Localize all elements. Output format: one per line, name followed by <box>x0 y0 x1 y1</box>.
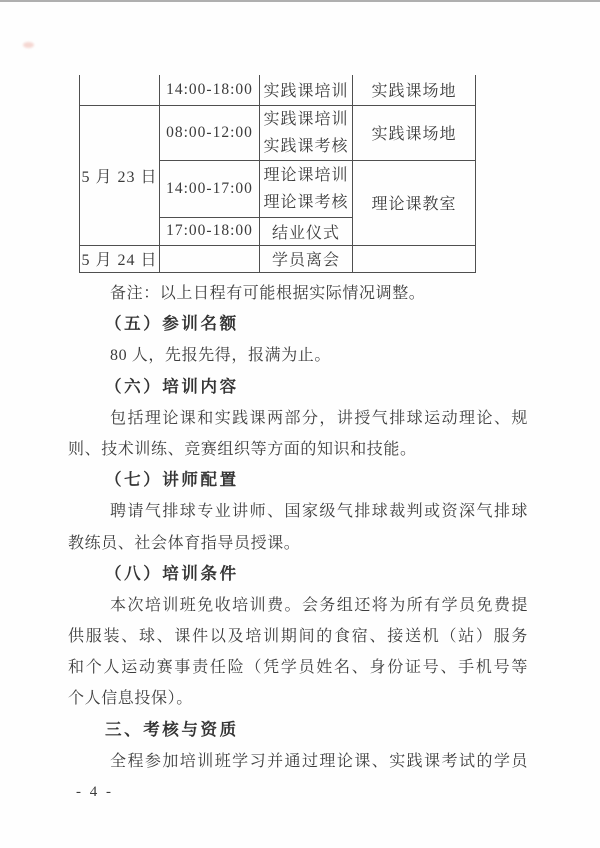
activity-cell: 结业仪式 <box>260 217 353 245</box>
section-heading-5: （五）参训名额 <box>68 309 528 340</box>
time-cell: 08:00-12:00 <box>160 105 260 160</box>
location-cell: 理论课教室 <box>353 160 476 245</box>
table-row: 5 月 23 日 08:00-12:00 实践课培训 实践课考核 实践课场地 <box>80 105 476 160</box>
activity-cell: 实践课培训 实践课考核 <box>260 105 353 160</box>
note-line: 备注：以上日程有可能根据实际情况调整。 <box>68 278 528 309</box>
activity-line: 实践课培训 <box>260 106 352 133</box>
location-cell <box>353 245 476 272</box>
paragraph-line: 供服装、球、课件以及培训期间的食宿、接送机（站）服务 <box>68 621 528 652</box>
time-cell: 14:00-17:00 <box>160 160 260 217</box>
activity-cell: 学员离会 <box>260 245 353 272</box>
date-cell <box>80 75 160 105</box>
location-cell: 实践课场地 <box>353 105 476 160</box>
paragraph-line: 包括理论课和实践课两部分，讲授气排球运动理论、规 <box>68 403 528 434</box>
date-cell: 5 月 24 日 <box>80 245 160 272</box>
paragraph-line: 教练员、社会体育指导员授课。 <box>68 528 528 559</box>
section-heading-8: （八）培训条件 <box>68 559 528 590</box>
paragraph-line: 本次培训班免收培训费。会务组还将为所有学员免费提 <box>68 590 528 621</box>
activity-line: 理论课培训 <box>260 162 352 189</box>
paragraph-line: 和个人运动赛事责任险（凭学员姓名、身份证号、手机号等 <box>68 652 528 683</box>
section-heading-7: （七）讲师配置 <box>68 465 528 496</box>
body-text: 备注：以上日程有可能根据实际情况调整。 （五）参训名额 80 人，先报先得，报满… <box>68 278 528 777</box>
time-cell: 17:00-18:00 <box>160 217 260 245</box>
table-row: 5 月 24 日 学员离会 <box>80 245 476 272</box>
activity-line: 理论课考核 <box>260 189 352 216</box>
chapter-heading-3: 三、考核与资质 <box>68 715 528 746</box>
schedule-table: 14:00-18:00 实践课培训 实践课场地 5 月 23 日 08:00-1… <box>79 75 476 273</box>
page-number: - 4 - <box>76 784 114 801</box>
location-cell: 实践课场地 <box>353 75 476 105</box>
scan-top-edge <box>0 0 600 2</box>
activity-cell: 理论课培训 理论课考核 <box>260 160 353 217</box>
activity-cell: 实践课培训 <box>260 75 353 105</box>
paragraph-line: 全程参加培训班学习并通过理论课、实践课考试的学员 <box>68 746 528 777</box>
date-cell: 5 月 23 日 <box>80 105 160 245</box>
paragraph-line: 则、技术训练、竞赛组织等方面的知识和技能。 <box>68 434 528 465</box>
paragraph-line: 聘请气排球专业讲师、国家级气排球裁判或资深气排球 <box>68 496 528 527</box>
section-heading-6: （六）培训内容 <box>68 372 528 403</box>
paragraph-line: 个人信息投保）。 <box>68 683 528 714</box>
table-row: 14:00-18:00 实践课培训 实践课场地 <box>80 75 476 105</box>
document-page: 14:00-18:00 实践课培训 实践课场地 5 月 23 日 08:00-1… <box>0 0 600 848</box>
pink-ink-smudge <box>23 42 34 48</box>
time-cell: 14:00-18:00 <box>160 75 260 105</box>
paragraph-line: 80 人，先报先得，报满为止。 <box>68 340 528 371</box>
activity-line: 实践课考核 <box>260 133 352 160</box>
time-cell <box>160 245 260 272</box>
